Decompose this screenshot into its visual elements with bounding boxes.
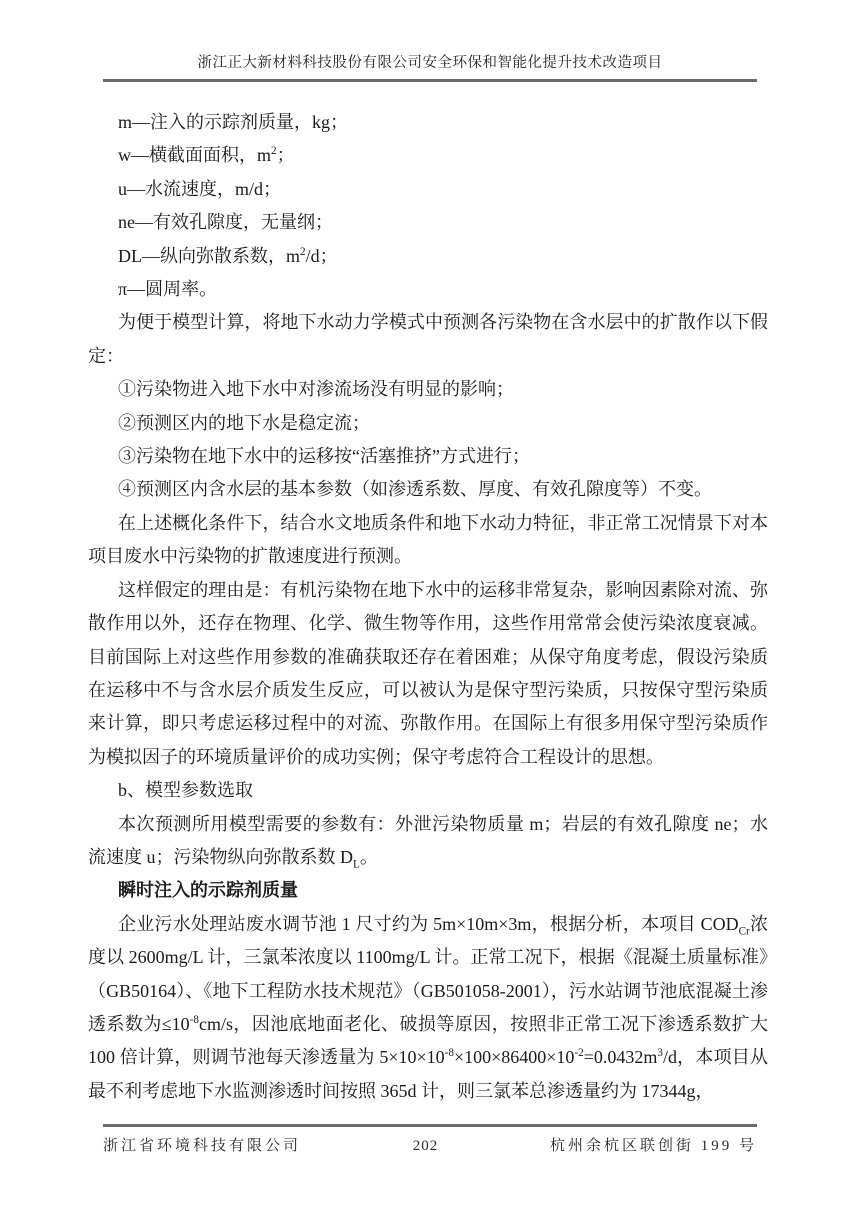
paragraph: 本次预测所用模型需要的参数有：外泄污染物质量 m；岩层的有效孔隙度 ne；水流速… bbox=[88, 808, 768, 875]
document-body: m—注入的示踪剂质量，kg；w—横截面面积，m2；u—水流速度，m/d；ne—有… bbox=[88, 106, 768, 1118]
header-title: 浙江正大新材料科技股份有限公司安全环保和智能化提升技术改造项目 bbox=[103, 51, 757, 72]
document-page: 浙江正大新材料科技股份有限公司安全环保和智能化提升技术改造项目 m—注入的示踪剂… bbox=[0, 0, 860, 1216]
footer-company: 浙江省环境科技有限公司 bbox=[103, 1134, 301, 1155]
page-number: 202 bbox=[413, 1138, 439, 1155]
header-rule bbox=[103, 79, 757, 82]
paragraph: ②预测区内的地下水是稳定流； bbox=[88, 407, 768, 440]
section-heading: 瞬时注入的示踪剂质量 bbox=[88, 874, 768, 907]
paragraph: π—圆周率。 bbox=[88, 273, 768, 306]
paragraph: 在上述概化条件下，结合水文地质条件和地下水动力特征，非正常工况情景下对本项目废水… bbox=[88, 507, 768, 574]
paragraph: m—注入的示踪剂质量，kg； bbox=[88, 106, 768, 139]
paragraph: w—横截面面积，m2； bbox=[88, 139, 768, 172]
paragraph: ①污染物进入地下水中对渗流场没有明显的影响； bbox=[88, 373, 768, 406]
page-header: 浙江正大新材料科技股份有限公司安全环保和智能化提升技术改造项目 bbox=[103, 0, 757, 82]
paragraph: 企业污水处理站废水调节池 1 尺寸约为 5m×10m×3m，根据分析，本项目 C… bbox=[88, 908, 768, 1108]
page-footer: 浙江省环境科技有限公司 202 杭州余杭区联创街 199 号 bbox=[103, 1124, 757, 1155]
footer-address: 杭州余杭区联创街 199 号 bbox=[550, 1134, 757, 1155]
paragraph: 为便于模型计算，将地下水动力学模式中预测各污染物在含水层中的扩散作以下假定： bbox=[88, 306, 768, 373]
footer-row: 浙江省环境科技有限公司 202 杭州余杭区联创街 199 号 bbox=[103, 1134, 757, 1155]
paragraph: ne—有效孔隙度，无量纲； bbox=[88, 206, 768, 239]
paragraph: ③污染物在地下水中的运移按“活塞推挤”方式进行； bbox=[88, 440, 768, 473]
paragraph: 这样假定的理由是：有机污染物在地下水中的运移非常复杂，影响因素除对流、弥散作用以… bbox=[88, 574, 768, 774]
paragraph: ④预测区内含水层的基本参数（如渗透系数、厚度、有效孔隙度等）不变。 bbox=[88, 473, 768, 506]
paragraph: u—水流速度，m/d； bbox=[88, 173, 768, 206]
footer-rule bbox=[103, 1124, 757, 1127]
paragraph: DL—纵向弥散系数，m2/d； bbox=[88, 240, 768, 273]
paragraph: b、模型参数选取 bbox=[88, 774, 768, 807]
